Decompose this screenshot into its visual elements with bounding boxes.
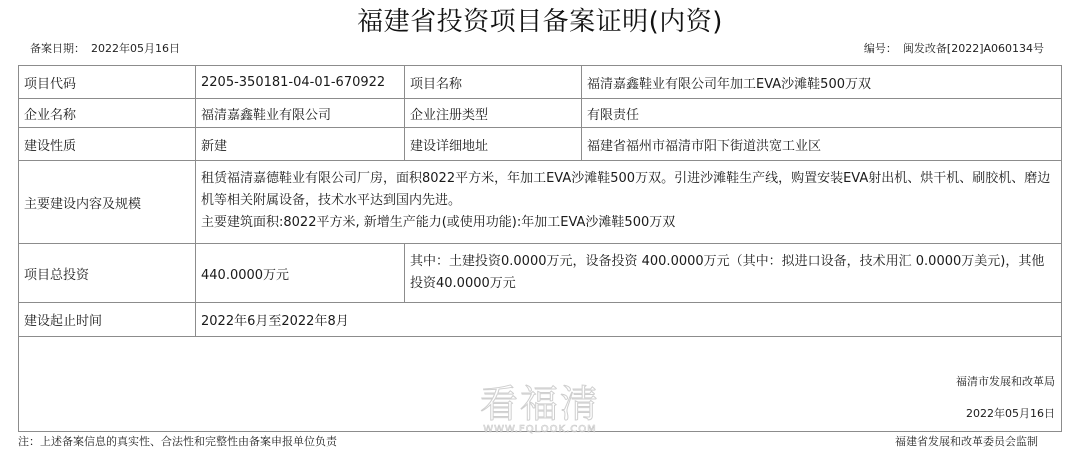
page-title: 福建省投资项目备案证明(内资) — [0, 4, 1080, 40]
table-row: 建设起止时间 2022年6月至2022年8月 — [19, 303, 1062, 337]
scope-summary: 主要建筑面积:8022平方米, 新增生产能力(或使用功能):年加工EVA沙滩鞋5… — [201, 212, 1055, 234]
company-type-label: 企业注册类型 — [405, 99, 582, 128]
filing-date-value: 2022年05月16日 — [91, 42, 180, 55]
table-row: 项目总投资 440.0000万元 其中：土建投资0.0000万元，设备投资 40… — [19, 244, 1062, 303]
table-row: 主要建设内容及规模 租赁福清嘉德鞋业有限公司厂房，面积8022平方米，年加工EV… — [19, 161, 1062, 244]
total-investment-label: 项目总投资 — [19, 244, 196, 303]
scope-value: 租赁福清嘉德鞋业有限公司厂房，面积8022平方米，年加工EVA沙滩鞋500万双。… — [196, 161, 1062, 244]
table-row: 建设性质 新建 建设详细地址 福建省福州市福清市阳下街道洪宽工业区 — [19, 128, 1062, 161]
project-name-value: 福清嘉鑫鞋业有限公司年加工EVA沙滩鞋500万双 — [582, 66, 1062, 99]
disclaimer-note: 注：上述备案信息的真实性、合法性和完整性由备案申报单位负责 — [18, 433, 337, 449]
address-label: 建设详细地址 — [405, 128, 582, 161]
company-type-value: 有限责任 — [582, 99, 1062, 128]
address-value: 福建省福州市福清市阳下街道洪宽工业区 — [582, 128, 1062, 161]
scope-label: 主要建设内容及规模 — [19, 161, 196, 244]
document-number-label: 编号： — [864, 42, 897, 55]
construction-nature-label: 建设性质 — [19, 128, 196, 161]
period-label: 建设起止时间 — [19, 303, 196, 337]
table-row: 福清市发展和改革局 2022年05月16日 — [19, 337, 1062, 432]
table-row: 项目代码 2205-350181-04-01-670922 项目名称 福清嘉鑫鞋… — [19, 66, 1062, 99]
company-name-value: 福清嘉鑫鞋业有限公司 — [196, 99, 405, 128]
signature-cell: 福清市发展和改革局 2022年05月16日 — [19, 337, 1062, 432]
period-value: 2022年6月至2022年8月 — [196, 303, 1062, 337]
project-code-value: 2205-350181-04-01-670922 — [196, 66, 405, 99]
table-row: 企业名称 福清嘉鑫鞋业有限公司 企业注册类型 有限责任 — [19, 99, 1062, 128]
issue-date: 2022年05月16日 — [966, 405, 1055, 421]
total-investment-value: 440.0000万元 — [196, 244, 405, 303]
company-name-label: 企业名称 — [19, 99, 196, 128]
filing-date-label: 备案日期： — [30, 42, 85, 55]
document-number-value: 闽发改备[2022]A060134号 — [903, 42, 1044, 55]
supervisor-note: 福建省发展和改革委员会监制 — [895, 433, 1038, 449]
scope-description: 租赁福清嘉德鞋业有限公司厂房，面积8022平方米，年加工EVA沙滩鞋500万双。… — [201, 168, 1055, 212]
filing-table: 项目代码 2205-350181-04-01-670922 项目名称 福清嘉鑫鞋… — [18, 65, 1062, 432]
construction-nature-value: 新建 — [196, 128, 405, 161]
document-number: 编号：闽发改备[2022]A060134号 — [864, 40, 1050, 56]
issuing-authority: 福清市发展和改革局 — [956, 373, 1055, 389]
project-name-label: 项目名称 — [405, 66, 582, 99]
investment-breakdown: 其中：土建投资0.0000万元，设备投资 400.0000万元（其中：拟进口设备… — [405, 244, 1062, 303]
filing-date: 备案日期：2022年05月16日 — [30, 40, 186, 56]
project-code-label: 项目代码 — [19, 66, 196, 99]
